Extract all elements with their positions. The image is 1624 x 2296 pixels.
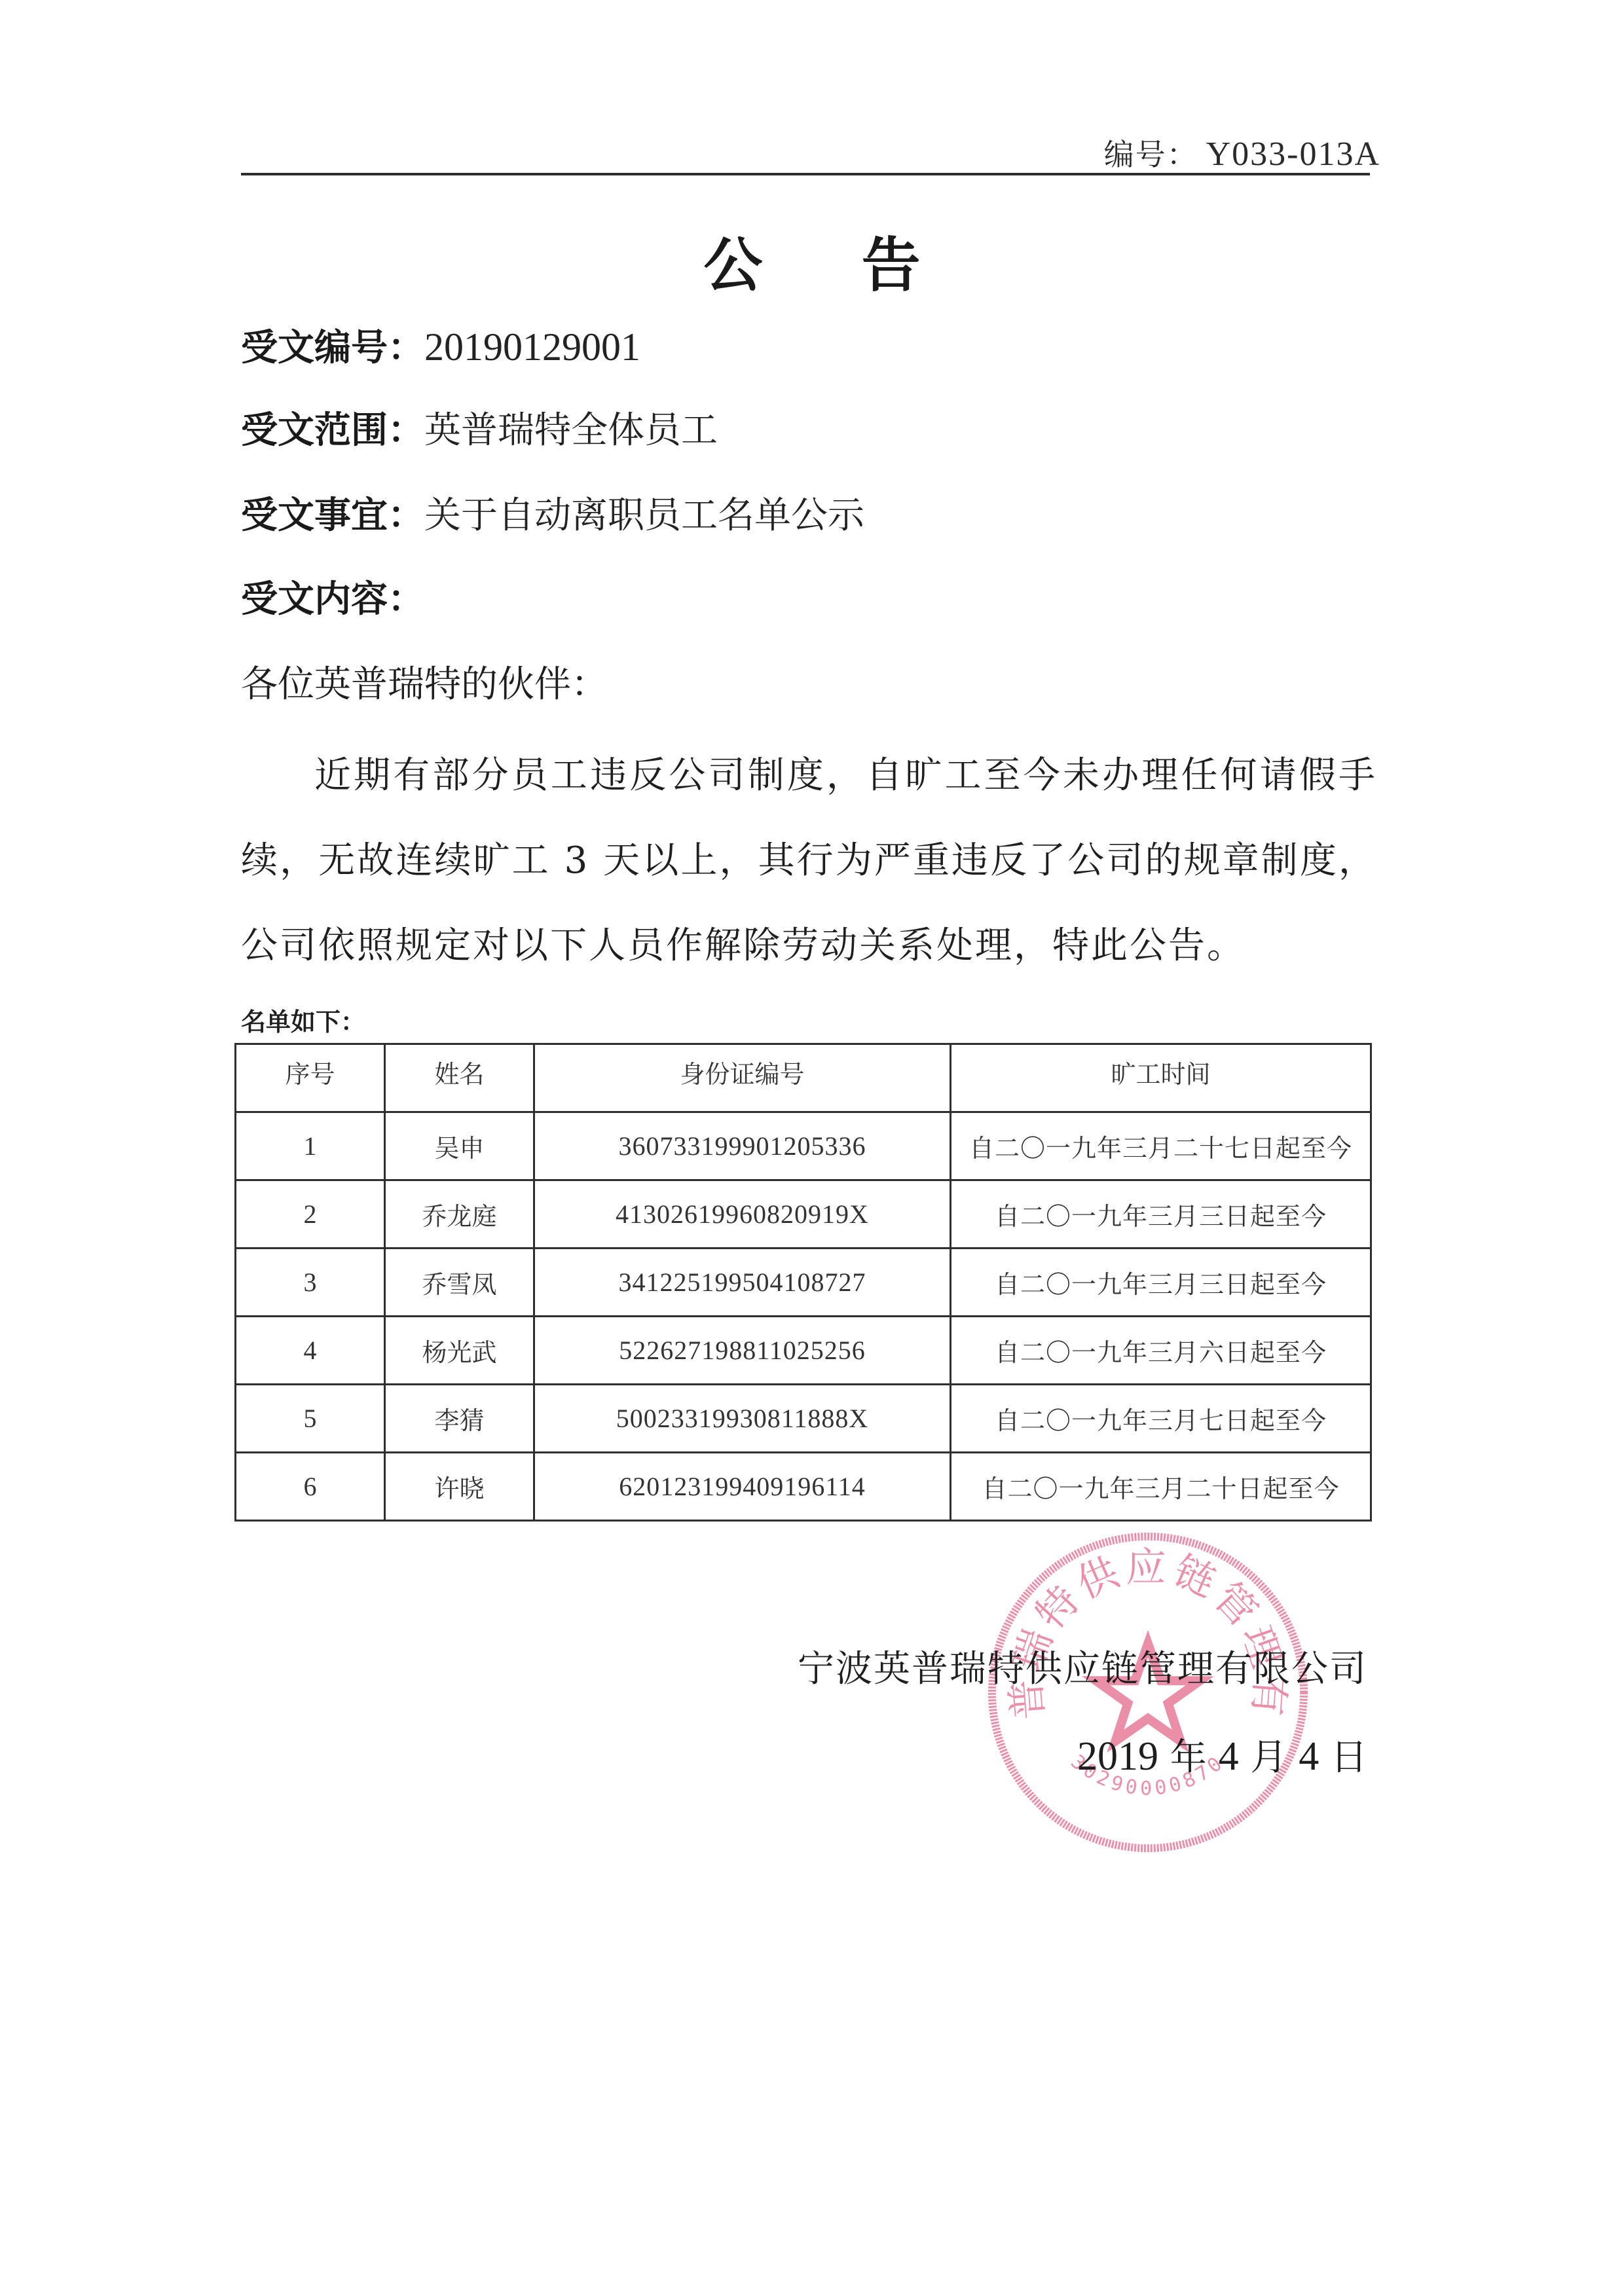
cell-id: 50023319930811888X xyxy=(534,1385,951,1453)
table-row: 2 乔龙庭 41302619960820919X 自二〇一九年三月三日起至今 xyxy=(236,1180,1371,1248)
greeting: 各位英普瑞特的伙伴： xyxy=(241,666,608,703)
table-row: 6 许晓 620123199409196114 自二〇一九年三月二十日起至今 xyxy=(236,1453,1371,1521)
table-row: 1 吴申 360733199901205336 自二〇一九年三月二十七日起至今 xyxy=(236,1112,1371,1180)
issue-date-month-unit: 月 xyxy=(1250,1736,1287,1779)
page-title: 公 告 xyxy=(0,217,1624,302)
list-label: 名单如下： xyxy=(241,1002,365,1038)
meta-scope-value: 英普瑞特全体员工 xyxy=(424,409,718,452)
issuer-company: 宁波英普瑞特供应链管理有限公司 xyxy=(798,1640,1367,1692)
meta-doc-number-value: 20190129001 xyxy=(424,325,640,369)
meta-scope: 受文范围：英普瑞特全体员工 xyxy=(241,412,718,449)
column-header-id: 身份证编号 xyxy=(534,1044,951,1112)
table-header-row: 序号 姓名 身份证编号 旷工时间 xyxy=(236,1044,1371,1112)
header-divider xyxy=(241,173,1370,175)
cell-no: 5 xyxy=(236,1385,385,1453)
document-code-label: 编号： xyxy=(1104,137,1198,172)
issue-date-day: 4 xyxy=(1299,1734,1319,1779)
table-row: 5 李猜 50023319930811888X 自二〇一九年三月七日起至今 xyxy=(236,1385,1371,1453)
cell-period: 自二〇一九年三月二十日起至今 xyxy=(951,1453,1371,1521)
seal-arc-text: 宁波英普瑞特供应链管理有限公司 xyxy=(986,1530,1294,1722)
cell-id: 620123199409196114 xyxy=(534,1453,951,1521)
cell-no: 3 xyxy=(236,1248,385,1317)
company-seal-icon: 宁波英普瑞特供应链管理有限公司 3302900008708 xyxy=(986,1530,1310,1855)
cell-name: 乔龙庭 xyxy=(385,1180,534,1248)
cell-period: 自二〇一九年三月二十七日起至今 xyxy=(951,1112,1371,1180)
cell-no: 2 xyxy=(236,1180,385,1248)
meta-subject: 受文事宜：关于自动离职员工名单公示 xyxy=(241,498,864,534)
table-row: 3 乔雪凤 341225199504108727 自二〇一九年三月三日起至今 xyxy=(236,1248,1371,1317)
cell-no: 1 xyxy=(236,1112,385,1180)
cell-period: 自二〇一九年三月六日起至今 xyxy=(951,1317,1371,1385)
meta-subject-label: 受文事宜： xyxy=(241,494,424,537)
meta-scope-label: 受文范围： xyxy=(241,409,424,452)
cell-period: 自二〇一九年三月三日起至今 xyxy=(951,1248,1371,1317)
cell-id: 341225199504108727 xyxy=(534,1248,951,1317)
cell-no: 6 xyxy=(236,1453,385,1521)
cell-period: 自二〇一九年三月七日起至今 xyxy=(951,1385,1371,1453)
cell-id: 522627198811025256 xyxy=(534,1317,951,1385)
meta-doc-number-label: 受文编号： xyxy=(241,327,424,369)
cell-no: 4 xyxy=(236,1317,385,1385)
meta-content: 受文内容： xyxy=(241,581,424,618)
issue-date-year-unit: 年 xyxy=(1170,1736,1207,1779)
cell-id: 360733199901205336 xyxy=(534,1112,951,1180)
body-paragraph: 近期有部分员工违反公司制度，自旷工至今未办理任何请假手续，无故连续旷工 3 天以… xyxy=(241,733,1377,989)
document-code: 编号：Y033-013A xyxy=(1104,131,1380,174)
document-code-value: Y033-013A xyxy=(1206,136,1380,173)
employee-table: 序号 姓名 身份证编号 旷工时间 1 吴申 360733199901205336… xyxy=(234,1043,1372,1522)
cell-id: 41302619960820919X xyxy=(534,1180,951,1248)
cell-name: 李猜 xyxy=(385,1385,534,1453)
column-header-no: 序号 xyxy=(236,1044,385,1112)
cell-name: 许晓 xyxy=(385,1453,534,1521)
issue-date-day-unit: 日 xyxy=(1331,1736,1367,1779)
meta-doc-number: 受文编号：20190129001 xyxy=(241,327,640,367)
cell-name: 吴申 xyxy=(385,1112,534,1180)
issue-date-year: 2019 xyxy=(1077,1734,1158,1779)
issue-date-month: 4 xyxy=(1219,1734,1239,1779)
meta-subject-value: 关于自动离职员工名单公示 xyxy=(424,494,864,537)
column-header-period: 旷工时间 xyxy=(951,1044,1371,1112)
meta-content-label: 受文内容： xyxy=(241,578,424,621)
column-header-name: 姓名 xyxy=(385,1044,534,1112)
issue-date: 2019 年 4 月 4 日 xyxy=(1077,1728,1367,1781)
cell-period: 自二〇一九年三月三日起至今 xyxy=(951,1180,1371,1248)
cell-name: 乔雪凤 xyxy=(385,1248,534,1317)
table-row: 4 杨光武 522627198811025256 自二〇一九年三月六日起至今 xyxy=(236,1317,1371,1385)
cell-name: 杨光武 xyxy=(385,1317,534,1385)
